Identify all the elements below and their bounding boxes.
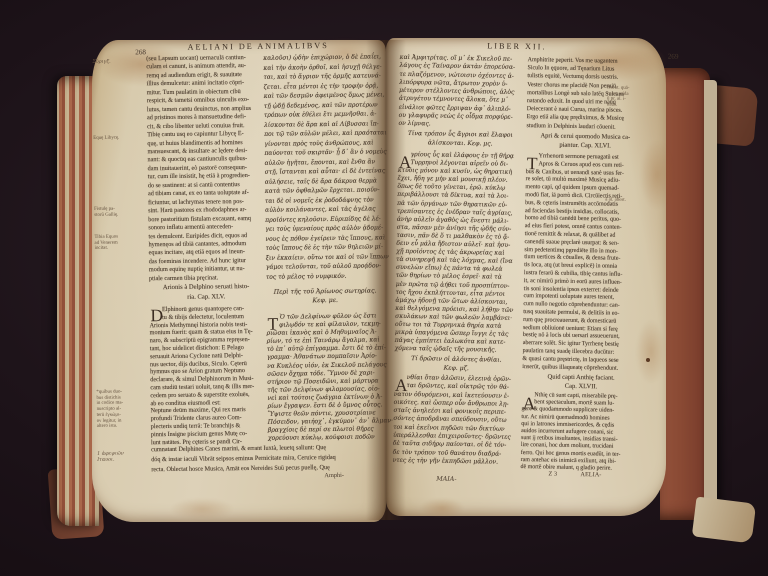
- book-photo-scene: 268 AELIANI DE ANIMALIBVS (seu Lapsum uo…: [0, 0, 768, 576]
- right-page-text-layer: LIBER XII. 269 καὶ Ἀμφιτρίτας. οἵ μ᾽ ἐκ …: [0, 0, 768, 576]
- margin-note: ā al. abest.: [605, 197, 657, 204]
- greek-heading-xlvii: Τί δρῶσιν οἱ ἁλόντες ἀνθίαι.Κεφ. μζ.: [394, 354, 518, 374]
- latin-heading-xlvii: Quid capti Anthię faciant.Cap. XLVII.: [522, 372, 640, 392]
- text-line: Cap. XLVII.: [522, 381, 640, 392]
- latin-column-r2: Yrrhenorū sermone peruagatū estApros & C…: [522, 152, 644, 372]
- latin-heading-xlvi: Apri & cerui quomodo Musica ca-piantur. …: [526, 131, 644, 152]
- greek-catchword: ΜΑΙΑ-: [436, 476, 456, 483]
- greek-column-r2: γρίους ὗς καὶ ἐλάφους ἐν τῇ θήρᾳΤυρρηνοὶ…: [395, 151, 523, 355]
- greek-heading-xlvi: Τίνα τρόπον ὗς ἄγριοι καὶ ἔλαφοιἁλίσκοντ…: [398, 129, 522, 149]
- greek-column-r1: καὶ Ἀμφιτρίτας. οἵ μ᾽ ἐκ Σικελοῦ πε-λάγο…: [398, 54, 523, 131]
- margin-note: Horat. quā-re est aridaū pr. al. i-naus.: [607, 85, 659, 109]
- text-line: naus.: [607, 103, 659, 110]
- gathering-signature: Z 3: [548, 471, 557, 478]
- running-title-right: LIBER XII.: [432, 40, 602, 52]
- text-line: studium in Delphinis laudari cōuenit.: [526, 122, 641, 132]
- catchword-right: AELIA-: [580, 471, 601, 478]
- text-line: dē mortē obire malunt, q gladio perire.: [520, 464, 635, 473]
- text-line: piantur. Cap. XLVI.: [526, 140, 644, 151]
- text-line: ā al. abest.: [605, 197, 657, 204]
- greek-column-r3: νθίαι ὅταν ἁλῶσιν, ἐλεεινὰ ὁρῶν-ται δρῶν…: [393, 374, 519, 467]
- text-line: ντες ἐς τὴν γῆν ἐκπηδῶσι μᾶλλον.: [393, 457, 513, 467]
- latin-column-r3: Nthię cū sunt capti, miserabile prę-bent…: [520, 392, 639, 473]
- page-number-right: 269: [668, 53, 679, 61]
- text-line: inserūt, quibus illaqueatę cōprehendunt.: [522, 363, 637, 373]
